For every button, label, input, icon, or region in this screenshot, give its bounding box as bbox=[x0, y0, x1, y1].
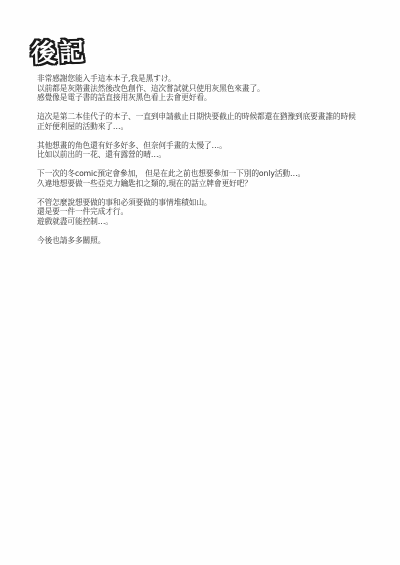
paragraph-events: 下一次的冬comic預定會參加， 但是在此之前也想要參加一下別的only活動…。… bbox=[37, 169, 378, 188]
afterword-line: 非常感謝您能入手這本本子,我是黑すけ。 bbox=[37, 74, 378, 84]
afterword-line: 其他想畫的角色還有好多好多、但奈何手畫的太慢了…。 bbox=[37, 141, 378, 151]
afterword-line: 以前都是灰階畫法然後改色創作、這次嘗試就只使用灰黑色來畫了。 bbox=[37, 84, 378, 94]
afterword-line: 遊戲就盡可能控制…。 bbox=[37, 217, 378, 227]
afterword-line: 這次是第二本佳代子的本子、一直到申請截止日期快要截止的時候都還在猶豫到底要畫誰的… bbox=[37, 112, 378, 122]
afterword-line: 今後也請多多關照。 bbox=[37, 236, 378, 246]
paragraph-greeting: 非常感謝您能入手這本本子,我是黑すけ。 以前都是灰階畫法然後改色創作、這次嘗試就… bbox=[37, 74, 378, 103]
afterword-line: 正好便利屋的活動來了…。 bbox=[37, 122, 378, 132]
paragraph-todo: 不管怎麼說想要做的事和必須要做的事情堆積如山。 還是要一件一件完成才行。 遊戲就… bbox=[37, 198, 378, 227]
afterword-line: 還是要一件一件完成才行。 bbox=[37, 207, 378, 217]
afterword-page: 後記 非常感謝您能入手這本本子,我是黑すけ。 以前都是灰階畫法然後改色創作、這次… bbox=[0, 0, 400, 565]
afterword-body: 非常感謝您能入手這本本子,我是黑すけ。 以前都是灰階畫法然後改色創作、這次嘗試就… bbox=[37, 74, 378, 255]
afterword-line: 久違地想要做一些亞克力鑰匙扣之類的,現在的話立牌會更好吧？ bbox=[37, 179, 378, 189]
afterword-line: 感覺像是電子書的話直接用灰黑色看上去會更好看。 bbox=[37, 93, 378, 103]
afterword-line: 比如以前出的一花、還有露營的晴…。 bbox=[37, 150, 378, 160]
afterword-line: 不管怎麼說想要做的事和必須要做的事情堆積如山。 bbox=[37, 198, 378, 208]
afterword-line: 下一次的冬comic預定會參加， 但是在此之前也想要參加一下別的only活動…。 bbox=[37, 169, 378, 179]
page-title: 後記 bbox=[30, 32, 87, 70]
paragraph-closing: 今後也請多多關照。 bbox=[37, 236, 378, 246]
paragraph-characters: 其他想畫的角色還有好多好多、但奈何手畫的太慢了…。 比如以前出的一花、還有露營的… bbox=[37, 141, 378, 160]
paragraph-book: 這次是第二本佳代子的本子、一直到申請截止日期快要截止的時候都還在猶豫到底要畫誰的… bbox=[37, 112, 378, 131]
